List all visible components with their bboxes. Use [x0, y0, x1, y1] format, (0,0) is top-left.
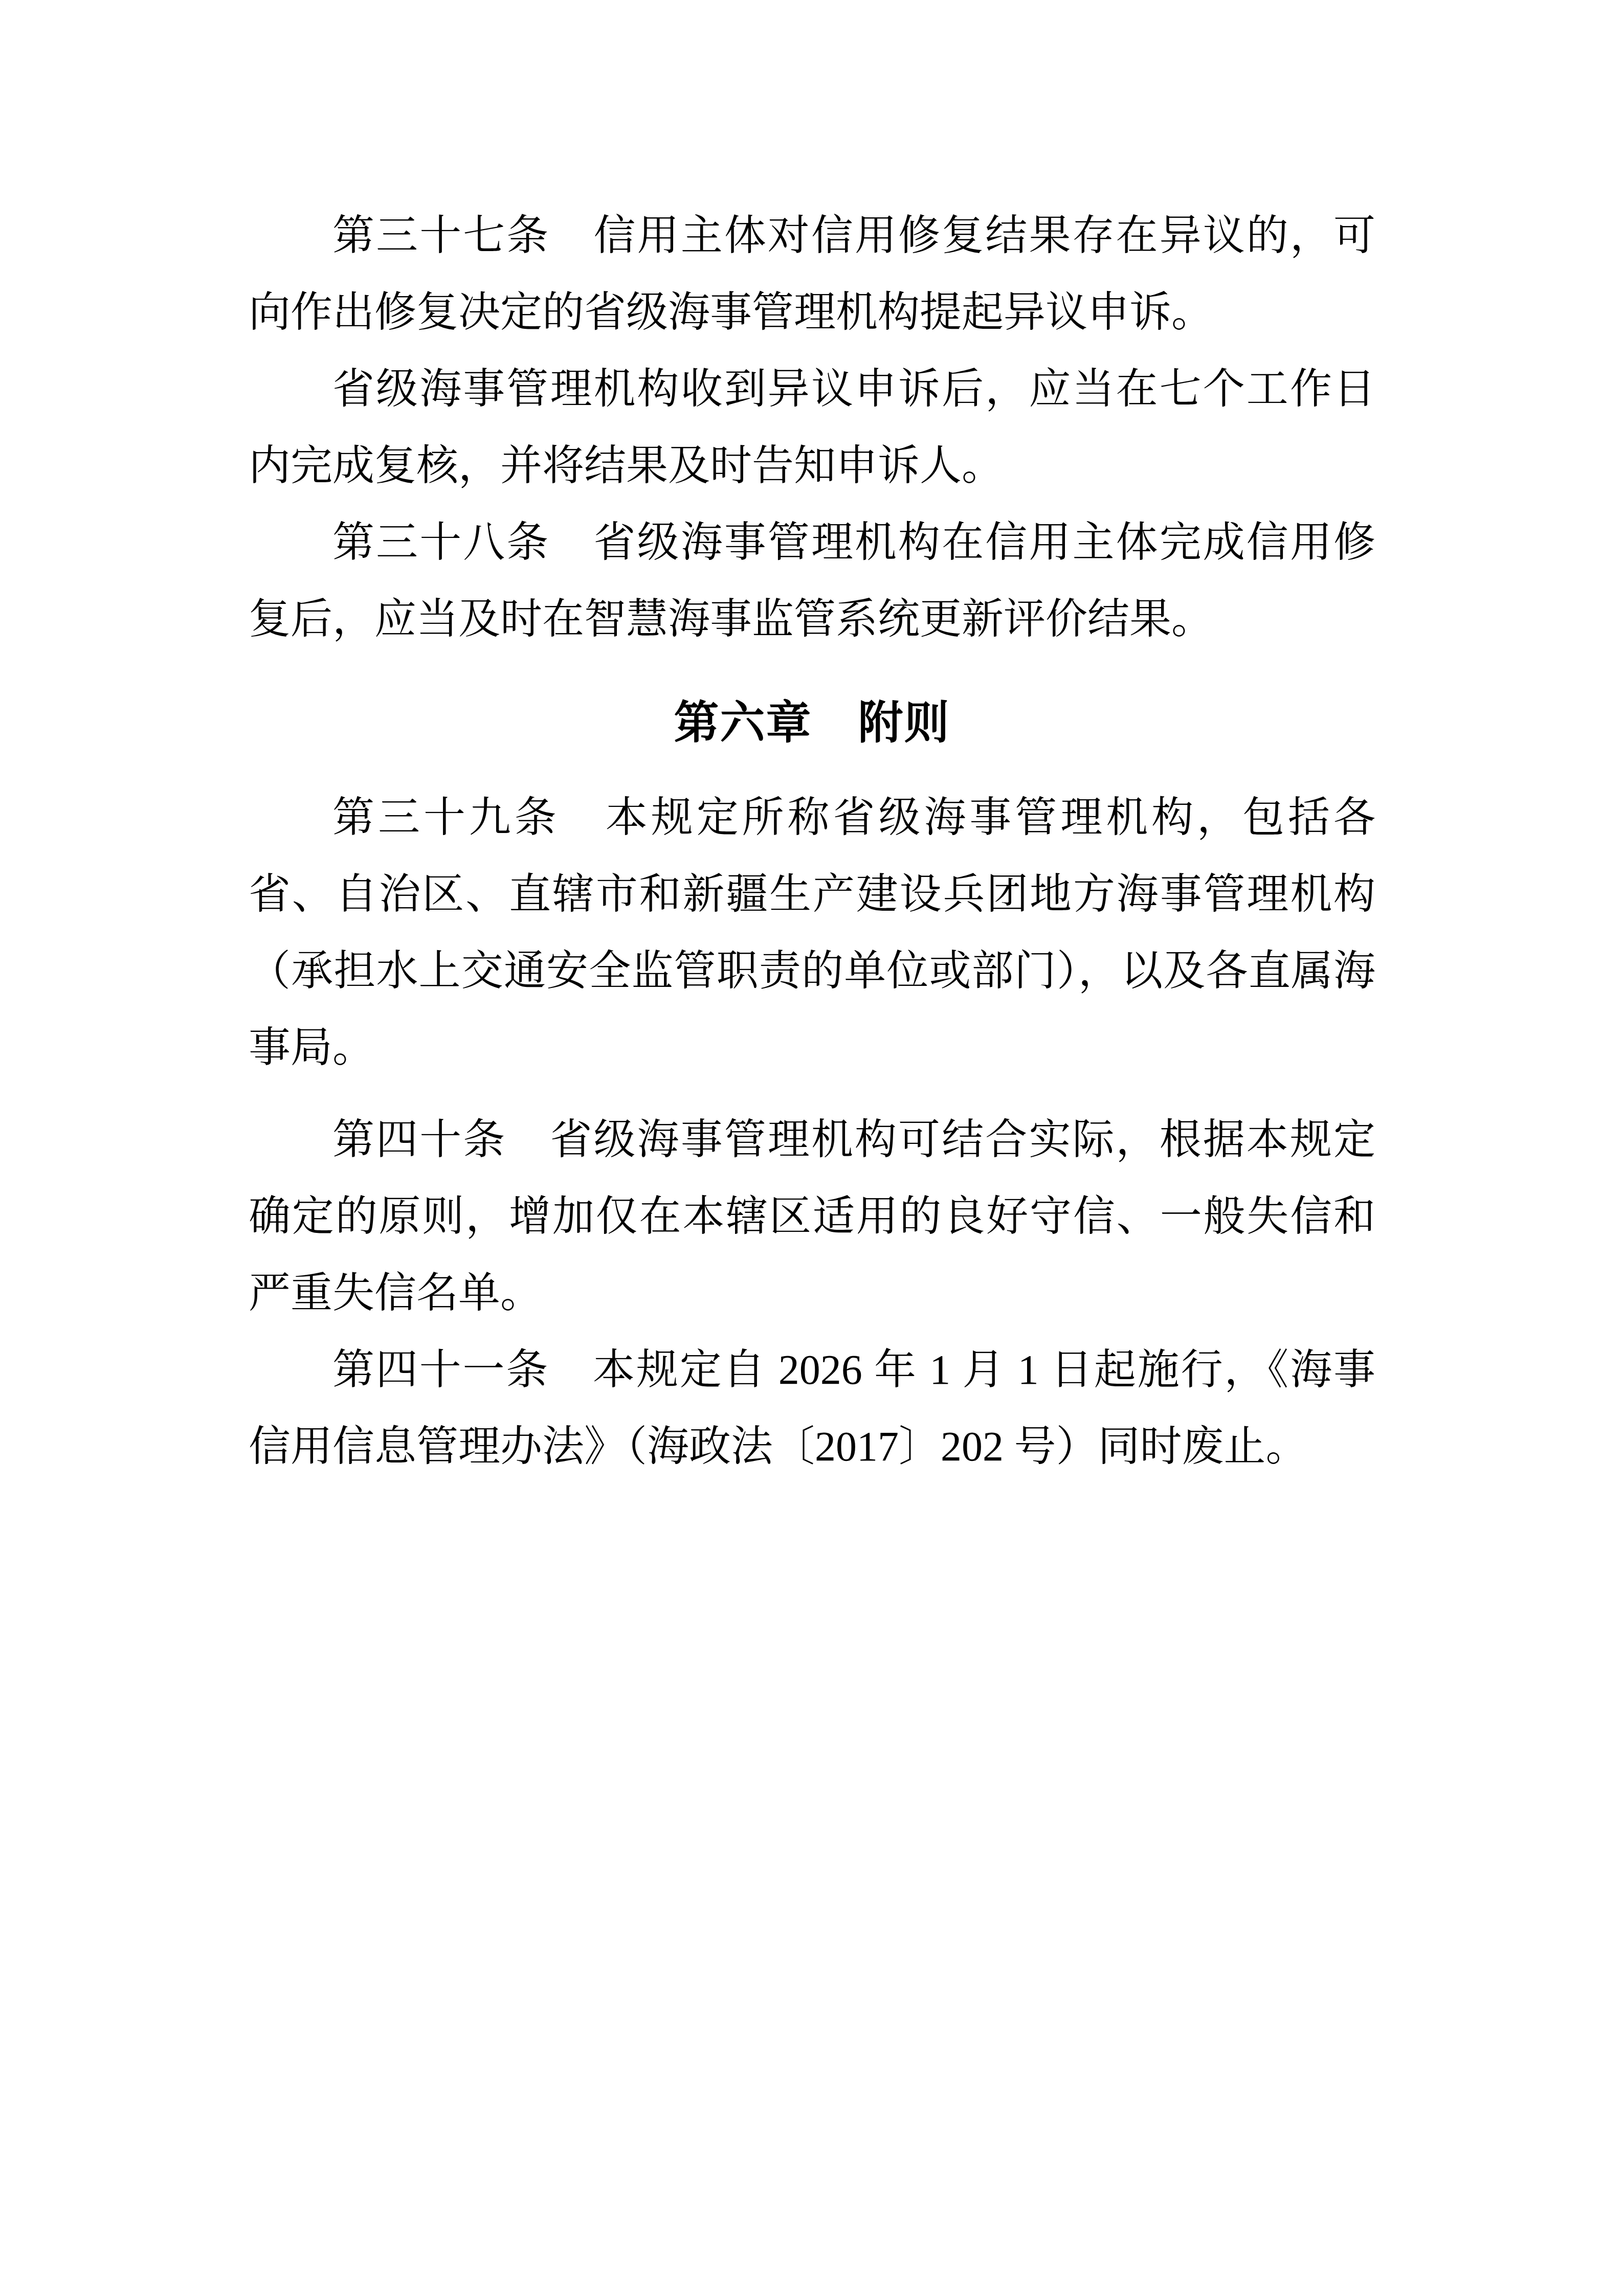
article-37-review-paragraph: 省级海事管理机构收到异议申诉后，应当在七个工作日内完成复核，并将结果及时告知申诉… — [249, 351, 1375, 504]
page-content: 第三十七条 信用主体对信用修复结果存在异议的，可向作出修复决定的省级海事管理机构… — [249, 197, 1375, 1485]
chapter-6-heading: 第六章 附则 — [249, 684, 1375, 761]
document-page: 第三十七条 信用主体对信用修复结果存在异议的，可向作出修复决定的省级海事管理机构… — [0, 0, 1624, 2296]
article-41-paragraph: 第四十一条 本规定自 2026 年 1 月 1 日起施行，《海事信用信息管理办法… — [249, 1332, 1375, 1485]
article-38-paragraph: 第三十八条 省级海事管理机构在信用主体完成信用修复后，应当及时在智慧海事监管系统… — [249, 504, 1375, 658]
article-37-paragraph: 第三十七条 信用主体对信用修复结果存在异议的，可向作出修复决定的省级海事管理机构… — [249, 197, 1375, 351]
article-39-paragraph: 第三十九条 本规定所称省级海事管理机构，包括各省、自治区、直辖市和新疆生产建设兵… — [249, 779, 1375, 1086]
article-40-paragraph: 第四十条 省级海事管理机构可结合实际，根据本规定确定的原则，增加仅在本辖区适用的… — [249, 1101, 1375, 1332]
